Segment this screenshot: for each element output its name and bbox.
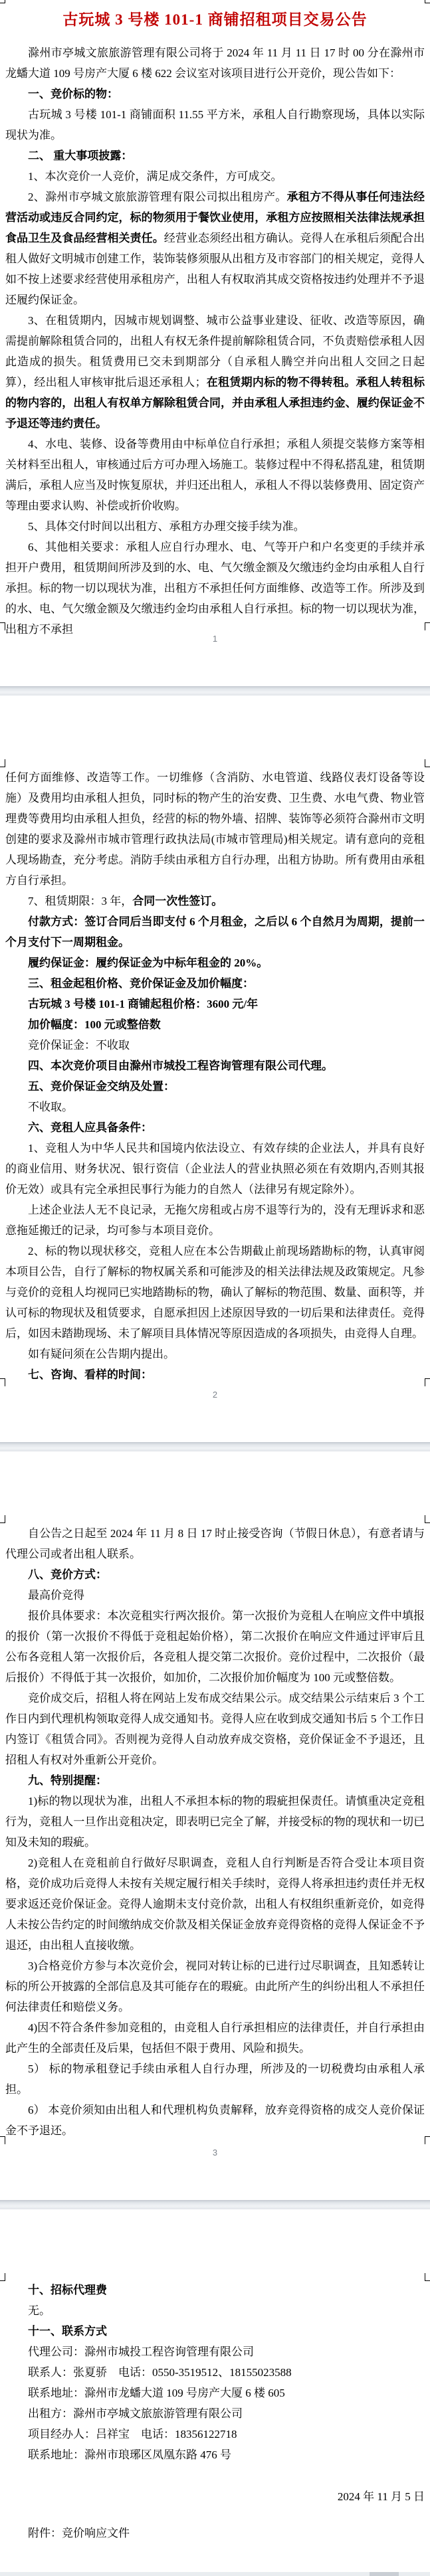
text-run: 报价具体要求：本次竞租实行两次报价。第一次报价为竞租人在响应文件中填报的报价（第…: [5, 1610, 425, 1684]
page-number: 1: [0, 634, 430, 644]
text-run: 4)因不符合条件参加竞租的，由竞租人自行承担相应的法律责任，并自行承担由此产生的…: [5, 2021, 425, 2055]
page-number: 3: [0, 2148, 430, 2158]
paragraph: 5） 标的物承租登记手续由承租人自行办理，所涉及的一切税费均由承租人承担。: [5, 2059, 425, 2100]
section-heading: 二、 重大事项披露：: [5, 145, 425, 166]
paragraph: 代理公司：滁州市城投工程咨询管理有限公司: [5, 2342, 425, 2362]
paragraph: 2)竞租人在竞租前自行做好尽职调查，竞租人自行判断是否符合受让本项目资格，竞价成…: [5, 1853, 425, 1956]
text-run: 附件：竞价响应文件: [28, 2527, 130, 2539]
paragraph: 古玩城 3 号楼 101-1 商铺起租价格：3600 元/年: [5, 994, 425, 1014]
paragraph: 不收取。: [5, 1097, 425, 1117]
text-run: 不收取。: [28, 1101, 73, 1113]
text-run: 1、竞租人为中华人民共和国境内依法设立、有效存续的企业法人，并具有良好的商业信用…: [5, 1142, 425, 1196]
margin-corner-mark: [0, 2273, 5, 2281]
paragraph: 联系人：张夏骄 电话：0550-3519512、18155023588: [5, 2362, 425, 2383]
margin-corner-mark: [425, 759, 430, 767]
page-separator: [0, 1442, 430, 1451]
section-heading: 三、租金起租价格、竞价保证金及加价幅度：: [5, 973, 425, 994]
section-heading: 四、本次竞价项目由滁州市城投工程咨询管理有限公司代理。: [5, 1056, 425, 1076]
paragraph: 附件：竞价响应文件: [5, 2523, 425, 2543]
text-run: 古玩城 3 号楼 101-1 商铺面积 11.55 平方米，承租人自行勘察现场，…: [5, 108, 425, 141]
page-separator: [0, 2200, 430, 2209]
text-run: 1)标的物以现状为准，出租人不承担本标的物的瑕疵担保责任。请慎重决定竞租行为，竞…: [5, 1795, 425, 1849]
section-heading: 一、竞价标的物：: [5, 84, 425, 104]
paragraph: 6、其他相关要求：承租人应自行办理水、电、气等开户和户名变更的手续并承担开户费用…: [5, 537, 425, 640]
text-run: 七、咨询、看样的时间：: [28, 1368, 152, 1381]
text-run: 5） 标的物承租登记手续由承租人自行办理，所涉及的一切税费均由承租人承担。: [5, 2063, 425, 2096]
section-heading: 九、特别提醒：: [5, 1770, 425, 1791]
date-line: 2024 年 11 月 5 日: [5, 2486, 425, 2507]
text-run: 代理公司：滁州市城投工程咨询管理有限公司: [28, 2346, 254, 2358]
paragraph: 无。: [5, 2300, 425, 2321]
blank-line: [5, 2507, 425, 2523]
section-heading: 七、咨询、看样的时间：: [5, 1364, 425, 1385]
text-run: 八、竞价方式：: [28, 1568, 107, 1581]
margin-corner-mark: [0, 622, 5, 630]
paragraph: 1、竞租人为中华人民共和国境内依法设立、有效存续的企业法人，并具有良好的商业信用…: [5, 1138, 425, 1200]
page-4: 十、招标代理费无。十一、联系方式代理公司：滁州市城投工程咨询管理有限公司联系人：…: [0, 2209, 430, 2576]
margin-corner-mark: [425, 0, 430, 3]
paragraph: 竞价保证金：不收取: [5, 1035, 425, 1056]
text-run: 滁州市亭城文旅旅游管理有限公司将于 2024 年 11 月 11 日 17 时 …: [5, 46, 425, 80]
document: 古玩城 3 号楼 101-1 商铺招租项目交易公告滁州市亭城文旅旅游管理有限公司…: [0, 0, 430, 2576]
paragraph: 报价具体要求：本次竞租实行两次报价。第一次报价为竞租人在响应文件中填报的报价（第…: [5, 1606, 425, 1688]
text-run: 竞价保证金：不收取: [28, 1039, 130, 1052]
margin-corner-mark: [425, 2273, 430, 2281]
page-1: 古玩城 3 号楼 101-1 商铺招租项目交易公告滁州市亭城文旅旅游管理有限公司…: [0, 0, 430, 686]
paragraph: 7、租赁期限：3 年，合同一次性签订。: [5, 891, 425, 911]
text-run: 6、其他相关要求：承租人应自行办理水、电、气等开户和户名变更的手续并承担开户费用…: [5, 541, 425, 636]
margin-corner-mark: [0, 759, 5, 767]
text-run: 六、竞租人应具备条件：: [28, 1121, 152, 1134]
paragraph: 如有疑问须在公告期内提出。: [5, 1344, 425, 1364]
margin-corner-mark: [425, 1515, 430, 1523]
text-run: 二、 重大事项披露：: [28, 149, 132, 162]
text-run: 四、本次竞价项目由滁州市城投工程咨询管理有限公司代理。: [28, 1059, 333, 1072]
margin-corner-mark: [425, 622, 430, 630]
paragraph: 滁州市亭城文旅旅游管理有限公司将于 2024 年 11 月 11 日 17 时 …: [5, 43, 425, 84]
blank-line: [5, 2465, 425, 2486]
paragraph: 加价幅度：100 元或整倍数: [5, 1014, 425, 1035]
paragraph: 出租方：滁州市亭城文旅旅游管理有限公司: [5, 2403, 425, 2424]
paragraph: 任何方面维修、改造等工作。一切维修（含消防、水电管道、线路仪表灯设备等设施）及费…: [5, 767, 425, 891]
paragraph: 联系地址：滁州市琅琊区凤凰东路 476 号: [5, 2444, 425, 2465]
margin-corner-mark: [0, 1515, 5, 1523]
text-run: 4、水电、装修、设备等费用由中标单位自行承担；承租人须提交装修方案等相关材料至出…: [5, 438, 425, 512]
text-run: 古玩城 3 号楼 101-1 商铺招租项目交易公告: [62, 11, 367, 28]
section-heading: 六、竞租人应具备条件：: [5, 1117, 425, 1138]
paragraph: 上述企业法人无不良记录，无拖欠房租或占房不退等行为的，没有无理诉求和恶意拖延搬迁…: [5, 1200, 425, 1241]
text-run: 九、特别提醒：: [28, 1774, 107, 1787]
text-run: 自公告之日起至 2024 年 11 月 8 日 17 时止接受咨询（节假日休息）…: [5, 1527, 425, 1560]
text-run: 联系地址：滁州市龙蟠大道 109 号房产大厦 6 楼 605: [28, 2387, 285, 2399]
paragraph: 1)标的物以现状为准，出租人不承担本标的物的瑕疵担保责任。请慎重决定竞租行为，竞…: [5, 1791, 425, 1853]
text-run: 无。: [28, 2304, 51, 2317]
text-run: 1、本次竞价一人竞价，满足成交条件，方可成交。: [28, 170, 282, 183]
section-heading: 八、竞价方式：: [5, 1564, 425, 1585]
page-3: 自公告之日起至 2024 年 11 月 8 日 17 时止接受咨询（节假日休息）…: [0, 1451, 430, 2200]
margin-corner-mark: [0, 2136, 5, 2144]
text-run: 5、具体交付时间以出租方、承租方办理交接手续为准。: [28, 520, 305, 533]
paragraph: 6） 本竞价须知由出租人和代理机构负责解释，放弃竞得资格的成交人竞价保证金不予退…: [5, 2100, 425, 2141]
margin-corner-mark: [0, 0, 5, 3]
bold-text-run: 履约保证金：履约保证金为中标年租金的 20%。: [28, 957, 268, 969]
text-run: 联系人：张夏骄 电话：0550-3519512、18155023588: [28, 2366, 292, 2379]
paragraph: 2、滁州市亭城文旅旅游管理有限公司拟出租房产。承租方不得从事任何违法经营活动或违…: [5, 187, 425, 310]
paragraph: 联系地址：滁州市龙蟠大道 109 号房产大厦 6 楼 605: [5, 2383, 425, 2403]
text-run: 出租方：滁州市亭城文旅旅游管理有限公司: [28, 2407, 243, 2420]
text-run: 项目经办人：吕祥宝 电话：18356122718: [28, 2428, 237, 2440]
paragraph: 2、标的物以现状移交，竞租人应在本公告期截止前现场踏勘标的物，认真审阅本项目公告…: [5, 1241, 425, 1344]
text-run: 竞价成交后，招租人将在网站上发布成交结果公示。成交结果公示结束后 3 个工作日内…: [5, 1692, 425, 1766]
paragraph: 自公告之日起至 2024 年 11 月 8 日 17 时止接受咨询（节假日休息）…: [5, 1523, 425, 1564]
text-run: 一、竞价标的物：: [28, 88, 118, 100]
bold-text-run: 付款方式：签订合同后当即支付 6 个月租金，之后以 6 个自然月为周期，提前一个…: [5, 915, 425, 949]
page-number: 2: [0, 1390, 430, 1400]
bold-text-run: 古玩城 3 号楼 101-1 商铺起租价格：3600 元/年: [28, 998, 258, 1010]
bold-text-run: 加价幅度：100 元或整倍数: [28, 1018, 161, 1031]
text-run: 十、招标代理费: [28, 2284, 107, 2296]
bold-text-run: 合同一次性签订。: [132, 895, 223, 907]
paragraph: 履约保证金：履约保证金为中标年租金的 20%。: [5, 953, 425, 973]
section-heading: 五、竞价保证金交纳及处置：: [5, 1076, 425, 1097]
text-run: 2、滁州市亭城文旅旅游管理有限公司拟出租房产。: [28, 191, 287, 203]
text-run: 五、竞价保证金交纳及处置：: [28, 1080, 175, 1093]
text-run: 3)合格竞价方参与本次竞价会，视同对转让标的已进行过尽职调查，且知悉转让标的所公…: [5, 1960, 425, 2013]
text-run: 任何方面维修、改造等工作。一切维修（含消防、水电管道、线路仪表灯设备等设施）及费…: [5, 771, 425, 887]
text-run: 2024 年 11 月 5 日: [338, 2490, 425, 2503]
margin-corner-mark: [0, 1378, 5, 1386]
paragraph: 竞价成交后，招租人将在网站上发布成交结果公示。成交结果公示结束后 3 个工作日内…: [5, 1688, 425, 1770]
text-run: 如有疑问须在公告期内提出。: [28, 1348, 175, 1360]
page-2: 任何方面维修、改造等工作。一切维修（含消防、水电管道、线路仪表灯设备等设施）及费…: [0, 695, 430, 1442]
paragraph: 4、水电、装修、设备等费用由中标单位自行承担；承租人须提交装修方案等相关材料至出…: [5, 434, 425, 516]
text-run: 十一、联系方式: [28, 2325, 107, 2338]
text-run: 2)竞租人在竞租前自行做好尽职调查，竞租人自行判断是否符合受让本项目资格，竞价成…: [5, 1857, 425, 1952]
bottom-edge-strip: [0, 2572, 430, 2576]
paragraph: 5、具体交付时间以出租方、承租方办理交接手续为准。: [5, 516, 425, 537]
paragraph: 3、在租赁期内，因城市规划调整、城市公益事业建设、征收、改造等原因，确需提前解除…: [5, 310, 425, 434]
paragraph: 付款方式：签订合同后当即支付 6 个月租金，之后以 6 个自然月为周期，提前一个…: [5, 911, 425, 953]
paragraph: 4)因不符合条件参加竞租的，由竞租人自行承担相应的法律责任，并自行承担由此产生的…: [5, 2017, 425, 2059]
text-run: 6） 本竞价须知由出租人和代理机构负责解释，放弃竞得资格的成交人竞价保证金不予退…: [5, 2104, 425, 2137]
document-title: 古玩城 3 号楼 101-1 商铺招租项目交易公告: [5, 7, 425, 33]
paragraph: 1、本次竞价一人竞价，满足成交条件，方可成交。: [5, 166, 425, 187]
text-run: 2、标的物以现状移交，竞租人应在本公告期截止前现场踏勘标的物，认真审阅本项目公告…: [5, 1245, 425, 1340]
paragraph: 3)合格竞价方参与本次竞价会，视同对转让标的已进行过尽职调查，且知悉转让标的所公…: [5, 1956, 425, 2017]
text-run: 联系地址：滁州市琅琊区凤凰东路 476 号: [28, 2448, 231, 2461]
paragraph: 项目经办人：吕祥宝 电话：18356122718: [5, 2424, 425, 2444]
page-separator: [0, 686, 430, 695]
paragraph: 最高价竞得: [5, 1585, 425, 1606]
text-run: 最高价竞得: [28, 1589, 84, 1602]
section-heading: 十一、联系方式: [5, 2321, 425, 2342]
text-run: 7、租赁期限：3 年，: [28, 895, 132, 907]
section-heading: 十、招标代理费: [5, 2280, 425, 2300]
margin-corner-mark: [425, 2136, 430, 2144]
text-run: 上述企业法人无不良记录，无拖欠房租或占房不退等行为的，没有无理诉求和恶意拖延搬迁…: [5, 1204, 425, 1237]
bottom-edge-strip-segment: [370, 2572, 399, 2576]
text-run: 三、租金起租价格、竞价保证金及加价幅度：: [28, 977, 254, 990]
margin-corner-mark: [425, 1378, 430, 1386]
paragraph: 古玩城 3 号楼 101-1 商铺面积 11.55 平方米，承租人自行勘察现场，…: [5, 104, 425, 145]
